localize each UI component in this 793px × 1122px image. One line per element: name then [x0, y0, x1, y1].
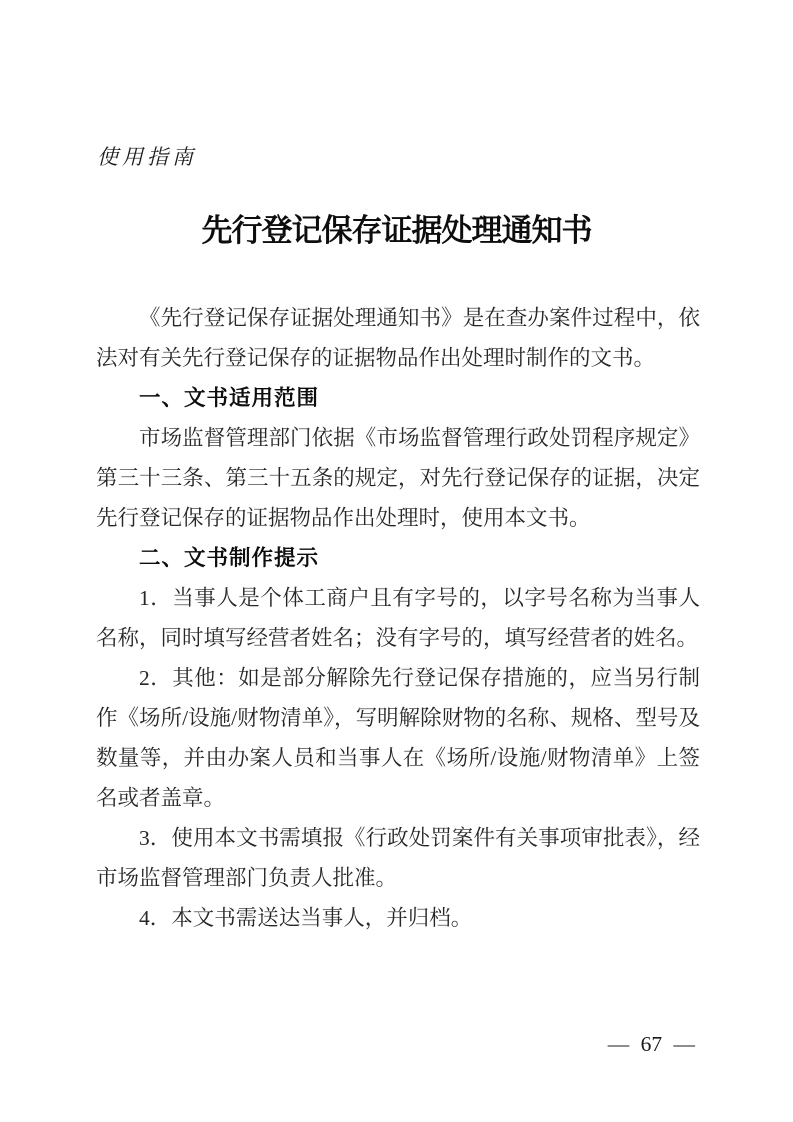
header-label: 使用指南 — [97, 141, 197, 171]
intro-paragraph: 《先行登记保存证据处理通知书》是在查办案件过程中，依法对有关先行登记保存的证据物… — [96, 298, 700, 378]
document-body: 《先行登记保存证据处理通知书》是在查办案件过程中，依法对有关先行登记保存的证据物… — [96, 298, 700, 938]
section-heading-tips: 二、文书制作提示 — [96, 538, 700, 578]
document-page: 使用指南 先行登记保存证据处理通知书 《先行登记保存证据处理通知书》是在查办案件… — [0, 0, 793, 1122]
page-number: — 67 — — [608, 1031, 695, 1057]
tip-item-2: 2．其他：如是部分解除先行登记保存措施的，应当另行制作《场所/设施/财物清单》，… — [96, 658, 700, 818]
section-heading-scope: 一、文书适用范围 — [96, 378, 700, 418]
tip-item-1: 1．当事人是个体工商户且有字号的，以字号名称为当事人名称，同时填写经营者姓名；没… — [96, 578, 700, 658]
scope-paragraph: 市场监督管理部门依据《市场监督管理行政处罚程序规定》第三十三条、第三十五条的规定… — [96, 418, 700, 538]
page-title: 先行登记保存证据处理通知书 — [0, 212, 793, 250]
tip-item-4: 4．本文书需送达当事人，并归档。 — [96, 898, 700, 938]
tip-item-3: 3．使用本文书需填报《行政处罚案件有关事项审批表》，经市场监督管理部门负责人批准… — [96, 818, 700, 898]
